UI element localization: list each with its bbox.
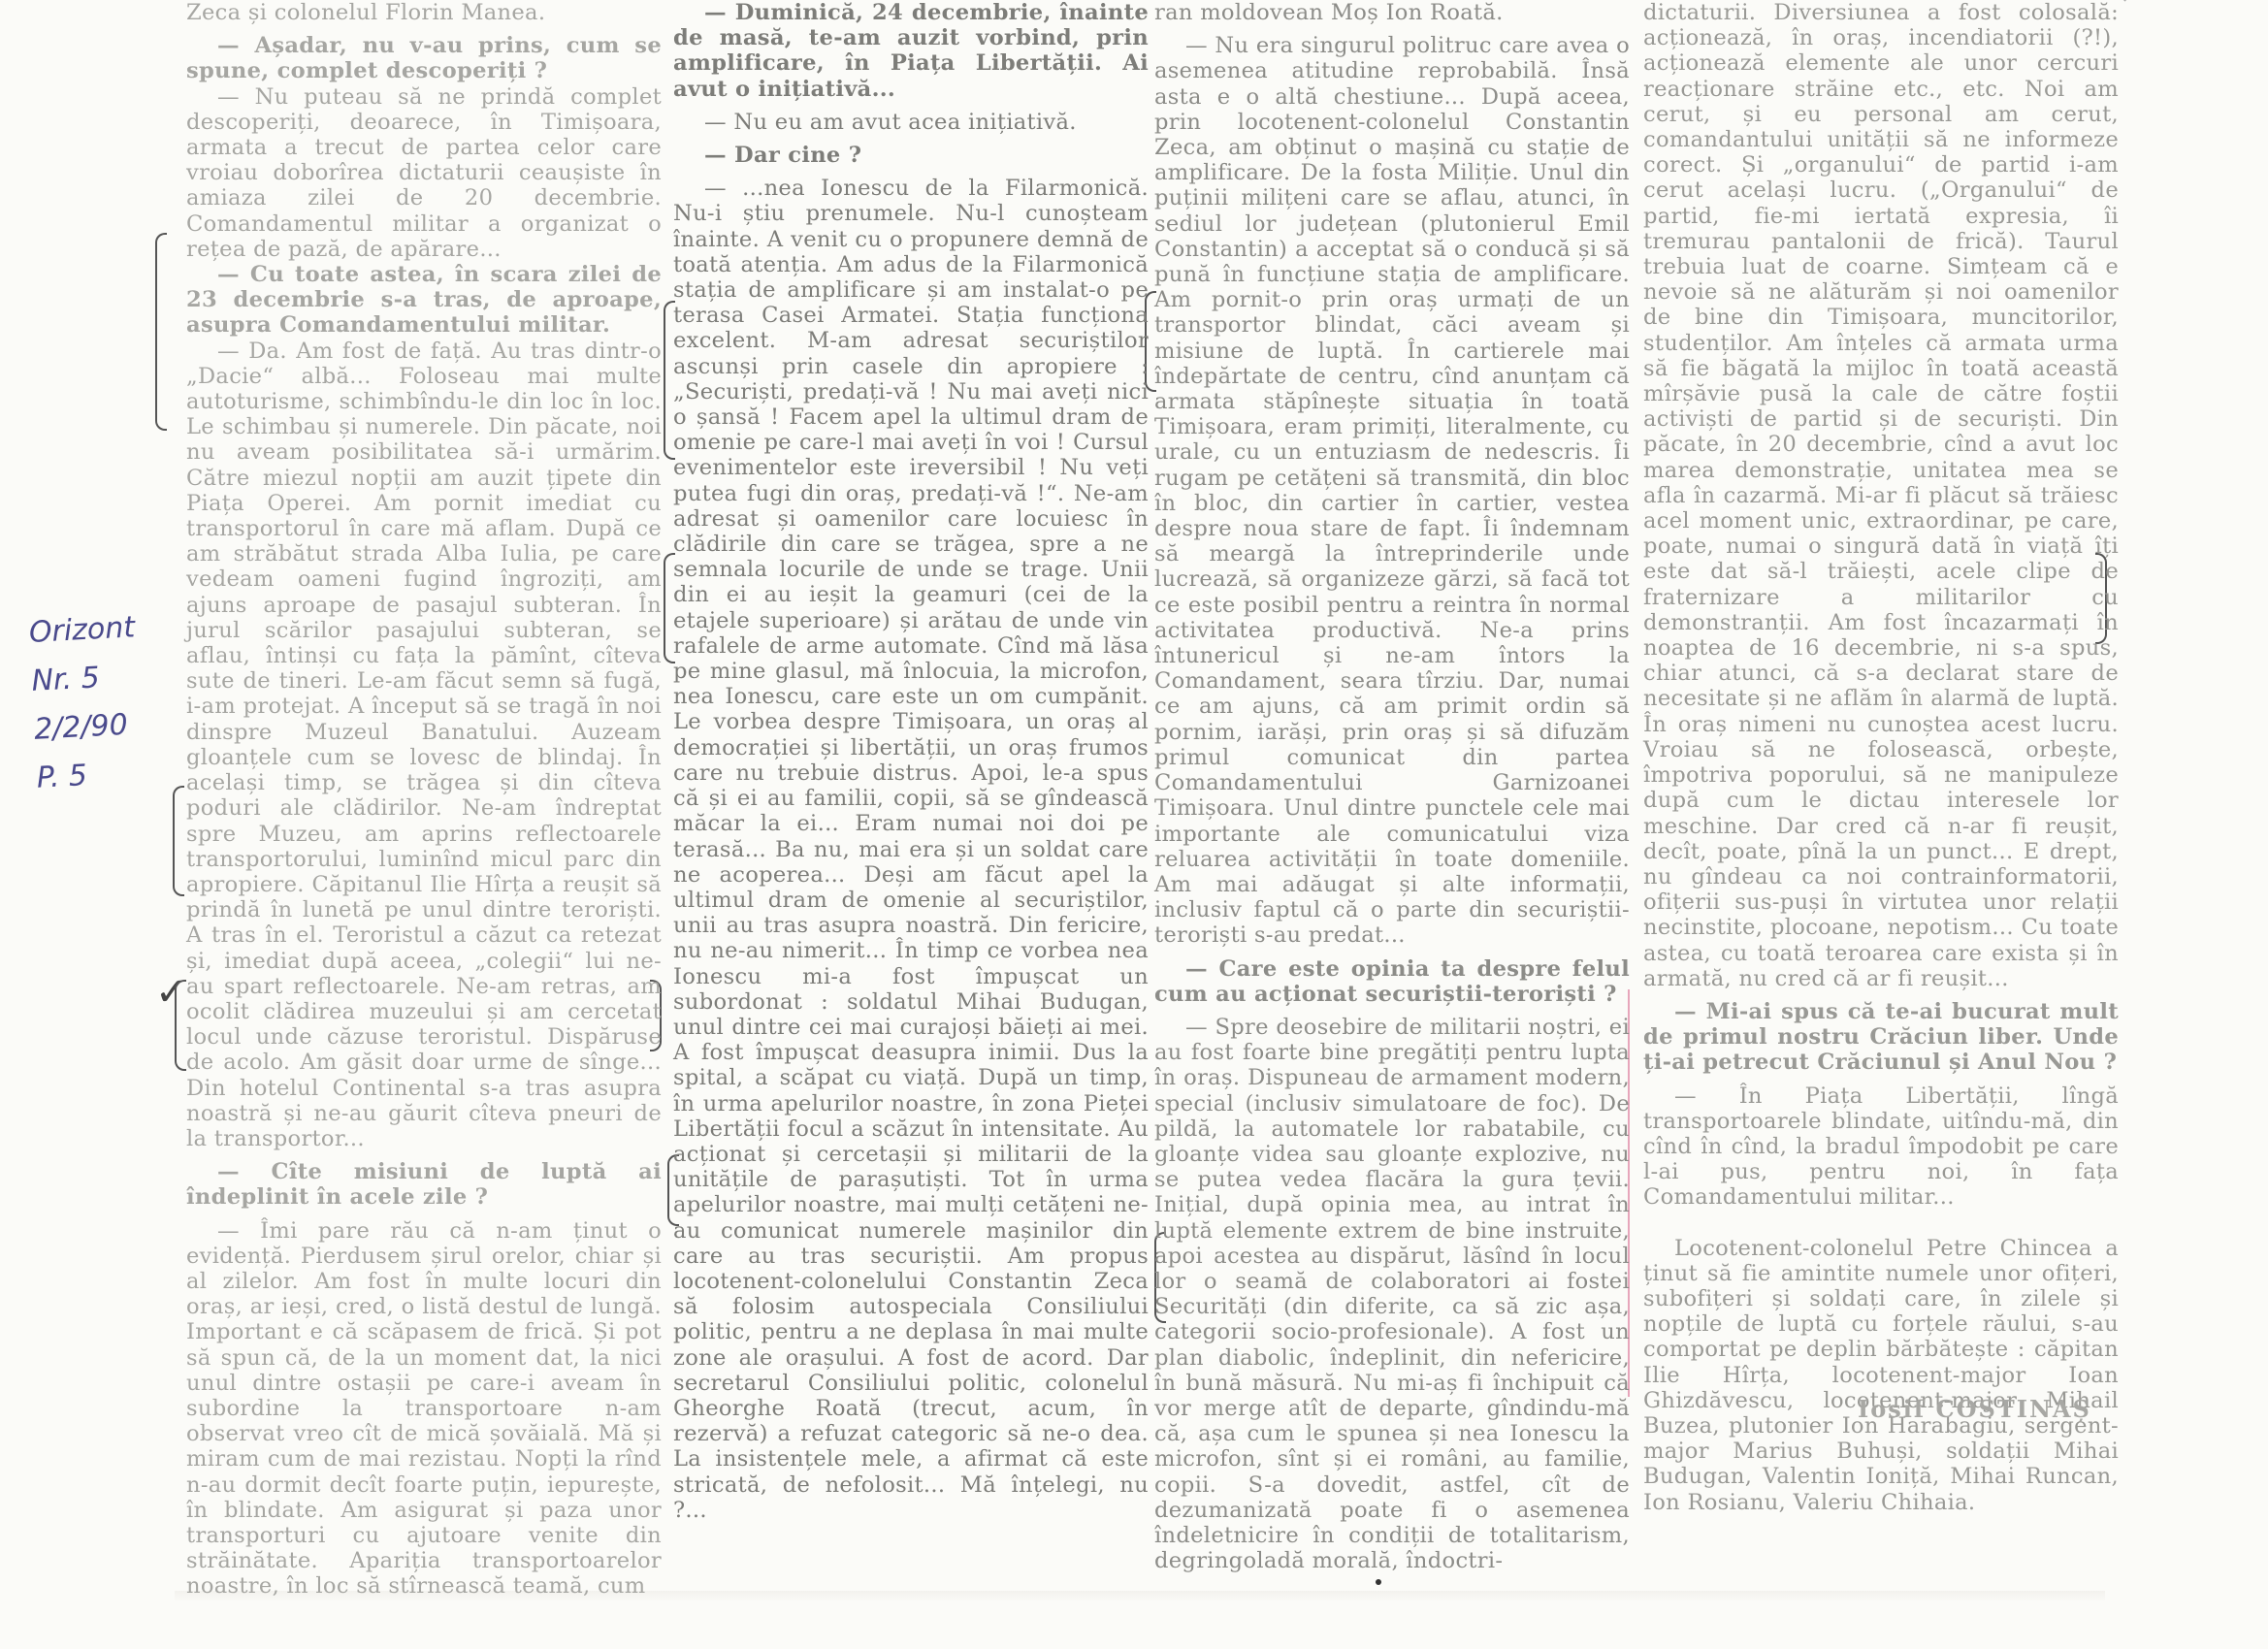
interview-question: — Dar cine ? (673, 143, 1149, 168)
interview-answer: — Spre deosebire de militarii noștri, ei… (1154, 1015, 1630, 1573)
interview-question: — Mi-ai spus că te-ai bucurat mult de pr… (1643, 999, 2119, 1076)
handwritten-citation: Orizont Nr. 5 2/2/90 P. 5 (28, 606, 144, 805)
handwritten-issue: Nr. 5 (30, 655, 138, 703)
paragraph: dictaturii. Diversiunea a fost colosală:… (1643, 0, 2119, 991)
margin-bracket (173, 786, 184, 896)
paragraph: ran moldovean Moș Ion Roată. (1154, 0, 1630, 25)
interview-answer: — ...nea Ionescu de la Filarmonică. Nu-i… (673, 176, 1149, 1523)
pen-stroke (2123, 0, 2148, 2)
paragraph: Zeca și colonelul Florin Manea. (186, 0, 662, 25)
interview-question: — Care este opinia ta despre felul cum a… (1154, 956, 1630, 1007)
article-column-3: ran moldovean Moș Ion Roată. — Nu era si… (1154, 0, 1630, 1573)
article-column-1: Zeca și colonelul Florin Manea. — Așadar… (186, 0, 662, 1600)
honor-roll-note: Locotenent-colonelul Petre Chincea a țin… (1643, 1236, 2119, 1515)
article-column-2: — Duminică, 24 decembrie, înainte de mas… (673, 0, 1149, 1523)
handwritten-page: P. 5 (36, 752, 144, 800)
author-signature: Iosif COSTINAȘ (1858, 1395, 2091, 1423)
handwritten-date: 2/2/90 (33, 703, 141, 752)
interview-answer: — Îmi pare rău că n-am ținut o evidență.… (186, 1218, 662, 1600)
interview-answer: — Nu era singurul politruc care avea o a… (1154, 33, 1630, 948)
interview-answer: — În Piața Libertății, lîngă transportoa… (1643, 1083, 2119, 1211)
interview-question: — Duminică, 24 decembrie, înainte de mas… (673, 0, 1149, 102)
ink-dot (1376, 1579, 1381, 1585)
interview-answer: — Nu eu am avut acea inițiativă. (673, 110, 1149, 135)
margin-bracket (175, 980, 186, 1071)
handwritten-publication: Orizont (28, 606, 136, 655)
margin-bracket (155, 233, 167, 431)
interview-answer: — Nu puteau să ne prindă complet descope… (186, 84, 662, 262)
article-column-4: dictaturii. Diversiunea a fost colosală:… (1643, 0, 2119, 1515)
interview-question: — Cîte misiuni de luptă ai îndeplinit în… (186, 1159, 662, 1210)
interview-question: — Cu toate astea, în scara zilei de 23 d… (186, 262, 662, 339)
interview-question: — Așadar, nu v-au prins, cum se spune, c… (186, 33, 662, 83)
interview-answer: — Da. Am fost de față. Au tras dintr-o „… (186, 339, 662, 1152)
